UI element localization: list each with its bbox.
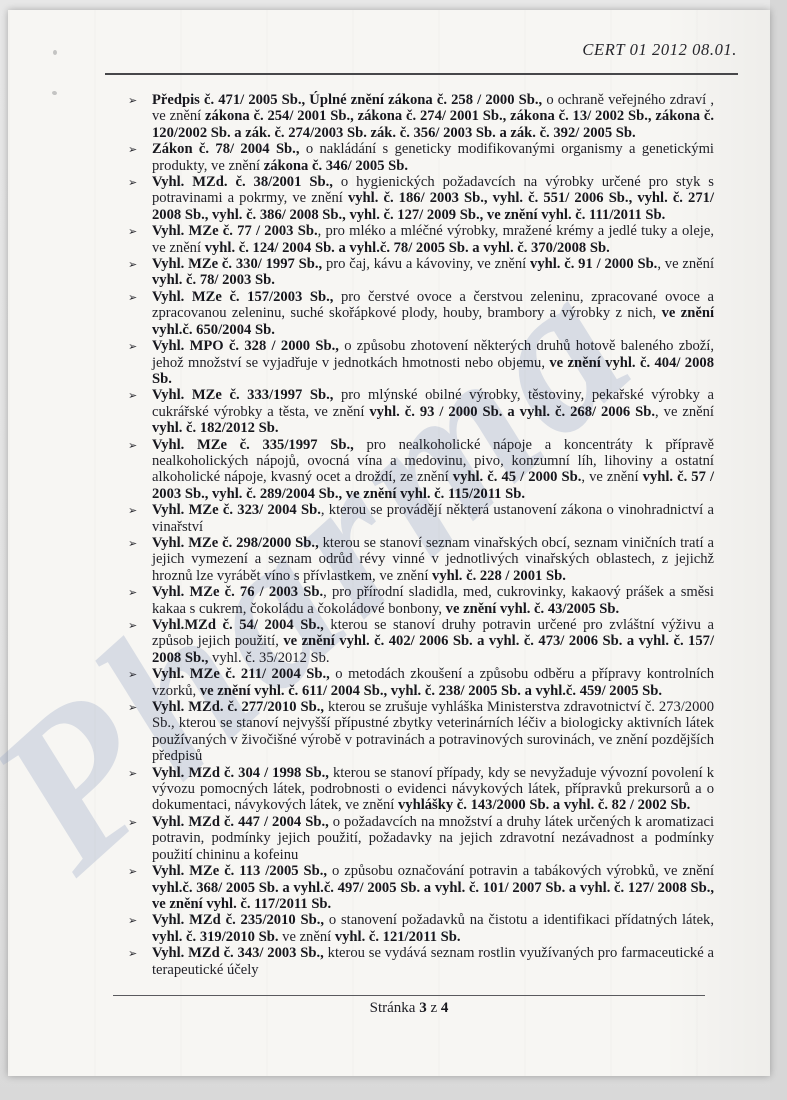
item-text: Vyhl. MZe č. 113 /2005 Sb., o způsobu oz… — [152, 863, 714, 912]
citation-text: vyhl. č. 91 / 2000 Sb. — [530, 256, 657, 272]
citation-text: Vyhl. MZe č. 77 / 2003 Sb. — [152, 223, 318, 239]
item-text: Vyhl. MZd. č. 277/2010 Sb., kterou se zr… — [152, 699, 714, 765]
scan-edge-band — [770, 0, 787, 1100]
item-text: Vyhl. MZd č. 304 / 1998 Sb., kterou se s… — [152, 765, 714, 814]
header-reference: CERT 01 2012 08.01. — [582, 40, 737, 59]
body-text: , ve znění — [581, 469, 642, 485]
citation-text: Vyhl. MZd č. 447 / 2004 Sb., — [152, 814, 329, 830]
list-item: ➢Vyhl. MZe č. 333/1997 Sb., pro mlýnské … — [128, 387, 714, 436]
footer-rule — [113, 995, 705, 996]
body-text: ve znění — [279, 929, 335, 945]
citation-text: Vyhl. MZd č. 304 / 1998 Sb., — [152, 765, 329, 781]
list-item: ➢Zákon č. 78/ 2004 Sb., o nakládání s ge… — [128, 141, 714, 174]
arrow-bullet-icon: ➢ — [128, 765, 152, 782]
regulation-list: ➢Předpis č. 471/ 2005 Sb., Úplné znění z… — [128, 92, 714, 978]
list-item: ➢Vyhl. MZe č. 76 / 2003 Sb., pro přírodn… — [128, 584, 714, 617]
citation-text: Předpis č. 471/ 2005 Sb., Úplné znění zá… — [152, 92, 542, 108]
citation-text: vyhl. č. 319/2010 Sb. — [152, 929, 279, 945]
item-text: Vyhl. MZd č. 343/ 2003 Sb., kterou se vy… — [152, 945, 714, 978]
arrow-bullet-icon: ➢ — [128, 584, 152, 601]
document-page: Pharma CERT 01 2012 08.01. ➢Předpis č. 4… — [8, 10, 770, 1076]
arrow-bullet-icon: ➢ — [128, 502, 152, 519]
citation-text: vyhl. č. 78/ 2003 Sb. — [152, 272, 275, 288]
item-text: Vyhl. MZe č. 298/2000 Sb., kterou se sta… — [152, 535, 714, 584]
list-item: ➢Vyhl. MZe č. 323/ 2004 Sb., kterou se p… — [128, 502, 714, 535]
item-text: Vyhl. MZe č. 335/1997 Sb., pro nealkohol… — [152, 437, 714, 503]
body-text: o stanovení požadavků na čistotu a ident… — [324, 912, 714, 928]
item-text: Vyhl. MZe č. 333/1997 Sb., pro mlýnské o… — [152, 387, 714, 436]
list-item: ➢Vyhl. MZe č. 335/1997 Sb., pro nealkoho… — [128, 437, 714, 503]
body-text: Stránka — [370, 1000, 420, 1016]
arrow-bullet-icon: ➢ — [128, 814, 152, 831]
body-text: o způsobu označování potravin a tabákový… — [327, 863, 714, 879]
citation-text: vyhl. č. 93 / 2000 Sb. a vyhl. č. 268/ 2… — [369, 404, 655, 420]
list-item: ➢Vyhl. MZe č. 157/2003 Sb., pro čerstvé … — [128, 289, 714, 338]
list-item: ➢Vyhl. MZd č. 235/2010 Sb., o stanovení … — [128, 912, 714, 945]
citation-text: vyhl. č. 182/2012 Sb. — [152, 420, 279, 436]
citation-text: 4 — [441, 1000, 449, 1016]
page-header: CERT 01 2012 08.01. — [8, 40, 737, 60]
list-item: ➢Vyhl.MZd č. 54/ 2004 Sb., kterou se sta… — [128, 617, 714, 666]
item-text: Vyhl. MZe č. 211/ 2004 Sb., o metodách z… — [152, 666, 714, 699]
item-text: Vyhl. MZe č. 323/ 2004 Sb., kterou se pr… — [152, 502, 714, 535]
citation-text: zákona č. 254/ 2001 Sb., zákona č. 274/ … — [152, 108, 714, 140]
citation-text: Vyhl. MZe č. 323/ 2004 Sb. — [152, 502, 321, 518]
arrow-bullet-icon: ➢ — [128, 912, 152, 929]
list-item: ➢Vyhl. MZe č. 113 /2005 Sb., o způsobu o… — [128, 863, 714, 912]
arrow-bullet-icon: ➢ — [128, 256, 152, 273]
citation-text: Vyhl. MZe č. 298/2000 Sb., — [152, 535, 319, 551]
citation-text: ve znění vyhl. č. 611/ 2004 Sb., vyhl. č… — [200, 683, 662, 699]
arrow-bullet-icon: ➢ — [128, 699, 152, 716]
citation-text: Vyhl. MPO č. 328 / 2000 Sb., — [152, 338, 339, 354]
citation-text: ve znění vyhl. č. 43/2005 Sb. — [446, 601, 620, 617]
body-text: vyhl. č. 35/2012 Sb. — [208, 650, 329, 666]
citation-text: Vyhl. MZd č. 343/ 2003 Sb., — [152, 945, 324, 961]
arrow-bullet-icon: ➢ — [128, 945, 152, 962]
body-text: z — [427, 1000, 441, 1016]
item-text: Vyhl. MZe č. 77 / 2003 Sb., pro mléko a … — [152, 223, 714, 256]
item-text: Vyhl. MZe č. 76 / 2003 Sb., pro přírodní… — [152, 584, 714, 617]
citation-text: Vyhl. MZd. č. 277/2010 Sb., — [152, 699, 324, 715]
citation-text: Vyhl. MZe č. 211/ 2004 Sb., — [152, 666, 330, 682]
arrow-bullet-icon: ➢ — [128, 289, 152, 306]
arrow-bullet-icon: ➢ — [128, 92, 152, 109]
body-text: , ve znění — [655, 404, 714, 420]
citation-text: zákona č. 346/ 2005 Sb. — [264, 158, 408, 174]
item-text: Vyhl. MPO č. 328 / 2000 Sb., o způsobu z… — [152, 338, 714, 387]
list-item: ➢Vyhl. MZd č. 447 / 2004 Sb., o požadavc… — [128, 814, 714, 863]
header-rule — [105, 73, 738, 75]
list-item: ➢Předpis č. 471/ 2005 Sb., Úplné znění z… — [128, 92, 714, 141]
citation-text: vyhl. č. 45 / 2000 Sb. — [453, 469, 582, 485]
citation-text: Vyhl. MZd. č. 38/2001 Sb., — [152, 174, 333, 190]
citation-text: vyhl. č. 121/2011 Sb. — [335, 929, 461, 945]
arrow-bullet-icon: ➢ — [128, 141, 152, 158]
item-text: Předpis č. 471/ 2005 Sb., Úplné znění zá… — [152, 92, 714, 141]
item-text: Vyhl. MZd č. 447 / 2004 Sb., o požadavcí… — [152, 814, 714, 863]
item-text: Vyhl. MZd č. 235/2010 Sb., o stanovení p… — [152, 912, 714, 945]
item-text: Zákon č. 78/ 2004 Sb., o nakládání s gen… — [152, 141, 714, 174]
arrow-bullet-icon: ➢ — [128, 387, 152, 404]
citation-text: vyhl. č. 228 / 2001 Sb. — [432, 568, 566, 584]
scan-speck — [52, 91, 58, 96]
body-text: , ve znění — [657, 256, 714, 272]
citation-text: Vyhl. MZe č. 157/2003 Sb., — [152, 289, 333, 305]
list-item: ➢Vyhl. MZd. č. 277/2010 Sb., kterou se z… — [128, 699, 714, 765]
arrow-bullet-icon: ➢ — [128, 617, 152, 634]
item-text: Vyhl.MZd č. 54/ 2004 Sb., kterou se stan… — [152, 617, 714, 666]
citation-text: Vyhl. MZd č. 235/2010 Sb., — [152, 912, 324, 928]
citation-text: Vyhl.MZd č. 54/ 2004 Sb., — [152, 617, 324, 633]
item-text: Vyhl. MZe č. 157/2003 Sb., pro čerstvé o… — [152, 289, 714, 338]
list-item: ➢Vyhl. MZe č. 298/2000 Sb., kterou se st… — [128, 535, 714, 584]
arrow-bullet-icon: ➢ — [128, 338, 152, 355]
list-item: ➢Vyhl. MZd č. 343/ 2003 Sb., kterou se v… — [128, 945, 714, 978]
arrow-bullet-icon: ➢ — [128, 223, 152, 240]
arrow-bullet-icon: ➢ — [128, 863, 152, 880]
list-item: ➢Vyhl. MZd č. 304 / 1998 Sb., kterou se … — [128, 765, 714, 814]
citation-text: 3 — [419, 1000, 427, 1016]
citation-text: Zákon č. 78/ 2004 Sb., — [152, 141, 299, 157]
list-item: ➢Vyhl. MPO č. 328 / 2000 Sb., o způsobu … — [128, 338, 714, 387]
list-item: ➢Vyhl. MZe č. 77 / 2003 Sb., pro mléko a… — [128, 223, 714, 256]
item-text: Vyhl. MZd. č. 38/2001 Sb., o hygienickýc… — [152, 174, 714, 223]
arrow-bullet-icon: ➢ — [128, 437, 152, 454]
arrow-bullet-icon: ➢ — [128, 535, 152, 552]
body-text: pro čaj, kávu a kávoviny, ve znění — [322, 256, 530, 272]
citation-text: Vyhl. MZe č. 333/1997 Sb., — [152, 387, 333, 403]
list-item: ➢Vyhl. MZd. č. 38/2001 Sb., o hygienický… — [128, 174, 714, 223]
citation-text: Vyhl. MZe č. 330/ 1997 Sb., — [152, 256, 322, 272]
list-item: ➢Vyhl. MZe č. 330/ 1997 Sb., pro čaj, ká… — [128, 256, 714, 289]
citation-text: vyhl.č. 368/ 2005 Sb. a vyhl.č. 497/ 200… — [152, 880, 714, 912]
citation-text: Vyhl. MZe č. 113 /2005 Sb., — [152, 863, 327, 879]
citation-text: Vyhl. MZe č. 335/1997 Sb., — [152, 437, 354, 453]
page-footer: Stránka 3 z 4 — [113, 1000, 705, 1017]
citation-text: Vyhl. MZe č. 76 / 2003 Sb. — [152, 584, 323, 600]
list-item: ➢Vyhl. MZe č. 211/ 2004 Sb., o metodách … — [128, 666, 714, 699]
arrow-bullet-icon: ➢ — [128, 174, 152, 191]
arrow-bullet-icon: ➢ — [128, 666, 152, 683]
citation-text: vyhlášky č. 143/2000 Sb. a vyhl. č. 82 /… — [398, 797, 690, 813]
item-text: Vyhl. MZe č. 330/ 1997 Sb., pro čaj, káv… — [152, 256, 714, 289]
citation-text: vyhl. č. 124/ 2004 Sb. a vyhl.č. 78/ 200… — [205, 240, 610, 256]
